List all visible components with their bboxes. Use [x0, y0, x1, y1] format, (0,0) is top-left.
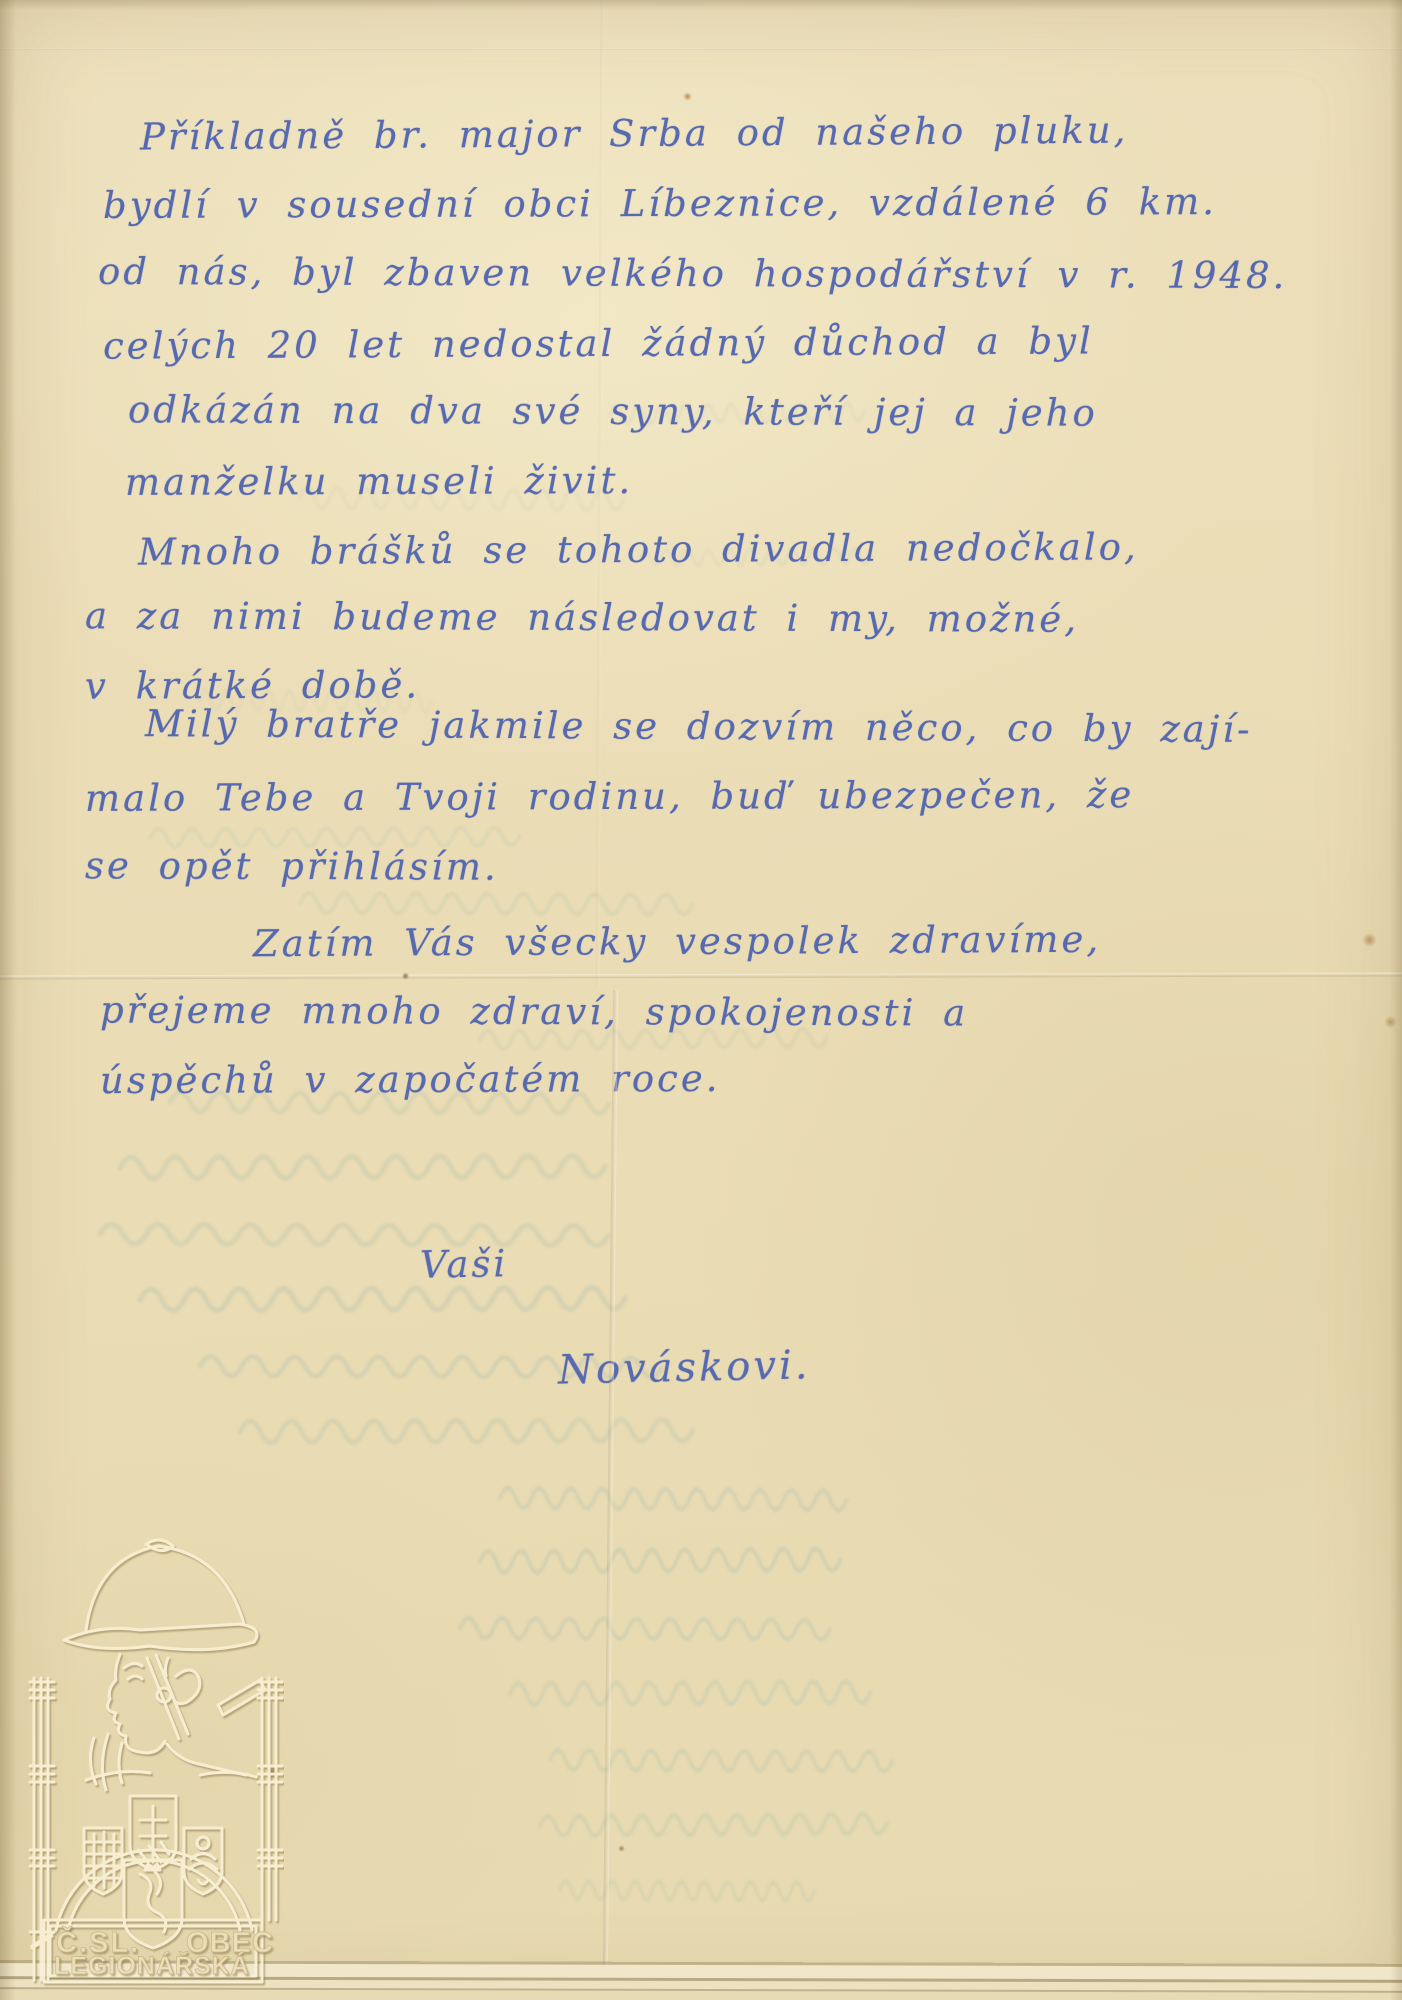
letter-line: odkázán na dva své syny, kteří jej a jeh… — [128, 388, 1098, 434]
soldier-helmet — [86, 1546, 244, 1630]
letter-line: v krátké době. — [85, 663, 420, 707]
soldier-face — [108, 1654, 165, 1753]
letter-line: bydlí v sousední obci Líbeznice, vzdálen… — [103, 180, 1217, 227]
pillar-right — [262, 1678, 276, 1920]
signature-closing: Vaši — [420, 1242, 509, 1287]
letter-line: celých 20 let nedostal žádný důchod a by… — [103, 319, 1094, 367]
legionarska-embossed-stamp: Č.SL. OBEC LEGIONÁŘSKÁ — [28, 1528, 284, 1990]
letter-line: Příkladně br. major Srba od našeho pluku… — [140, 109, 1129, 159]
shield-checkered — [84, 1828, 122, 1894]
pillar-left — [34, 1678, 48, 1980]
soldier-ear — [174, 1670, 200, 1704]
stamp-text-legionarska: LEGIONÁŘSKÁ — [54, 1950, 250, 1980]
letter-line: malo Tebe a Tvoji rodinu, buď ubezpečen,… — [85, 773, 1134, 820]
helmet-strap — [147, 1655, 188, 1739]
letter-line: se opět přihlásím. — [85, 844, 499, 888]
letter-line: Mnoho brášků se tohoto divadla nedočkalo… — [138, 525, 1139, 573]
letter-line: úspěchů v započatém roce. — [100, 1057, 721, 1102]
letter-line: od nás, byl zbaven velkého hospodářství … — [98, 250, 1287, 297]
letter-line: manželku museli živit. — [125, 459, 633, 504]
signature-name: Nováskovi. — [558, 1342, 811, 1393]
letter-line: Zatím Vás všecky vespolek zdravíme, — [253, 918, 1101, 965]
letter-line: Milý bratře jakmile se dozvím něco, co b… — [145, 702, 1253, 751]
letter-page: Příkladně br. major Srba od našeho pluku… — [0, 0, 1402, 2000]
letter-line: a za nimi budeme následovat i my, možné, — [85, 594, 1079, 640]
letter-line: přejeme mnoho zdraví, spokojenosti a — [100, 988, 968, 1034]
